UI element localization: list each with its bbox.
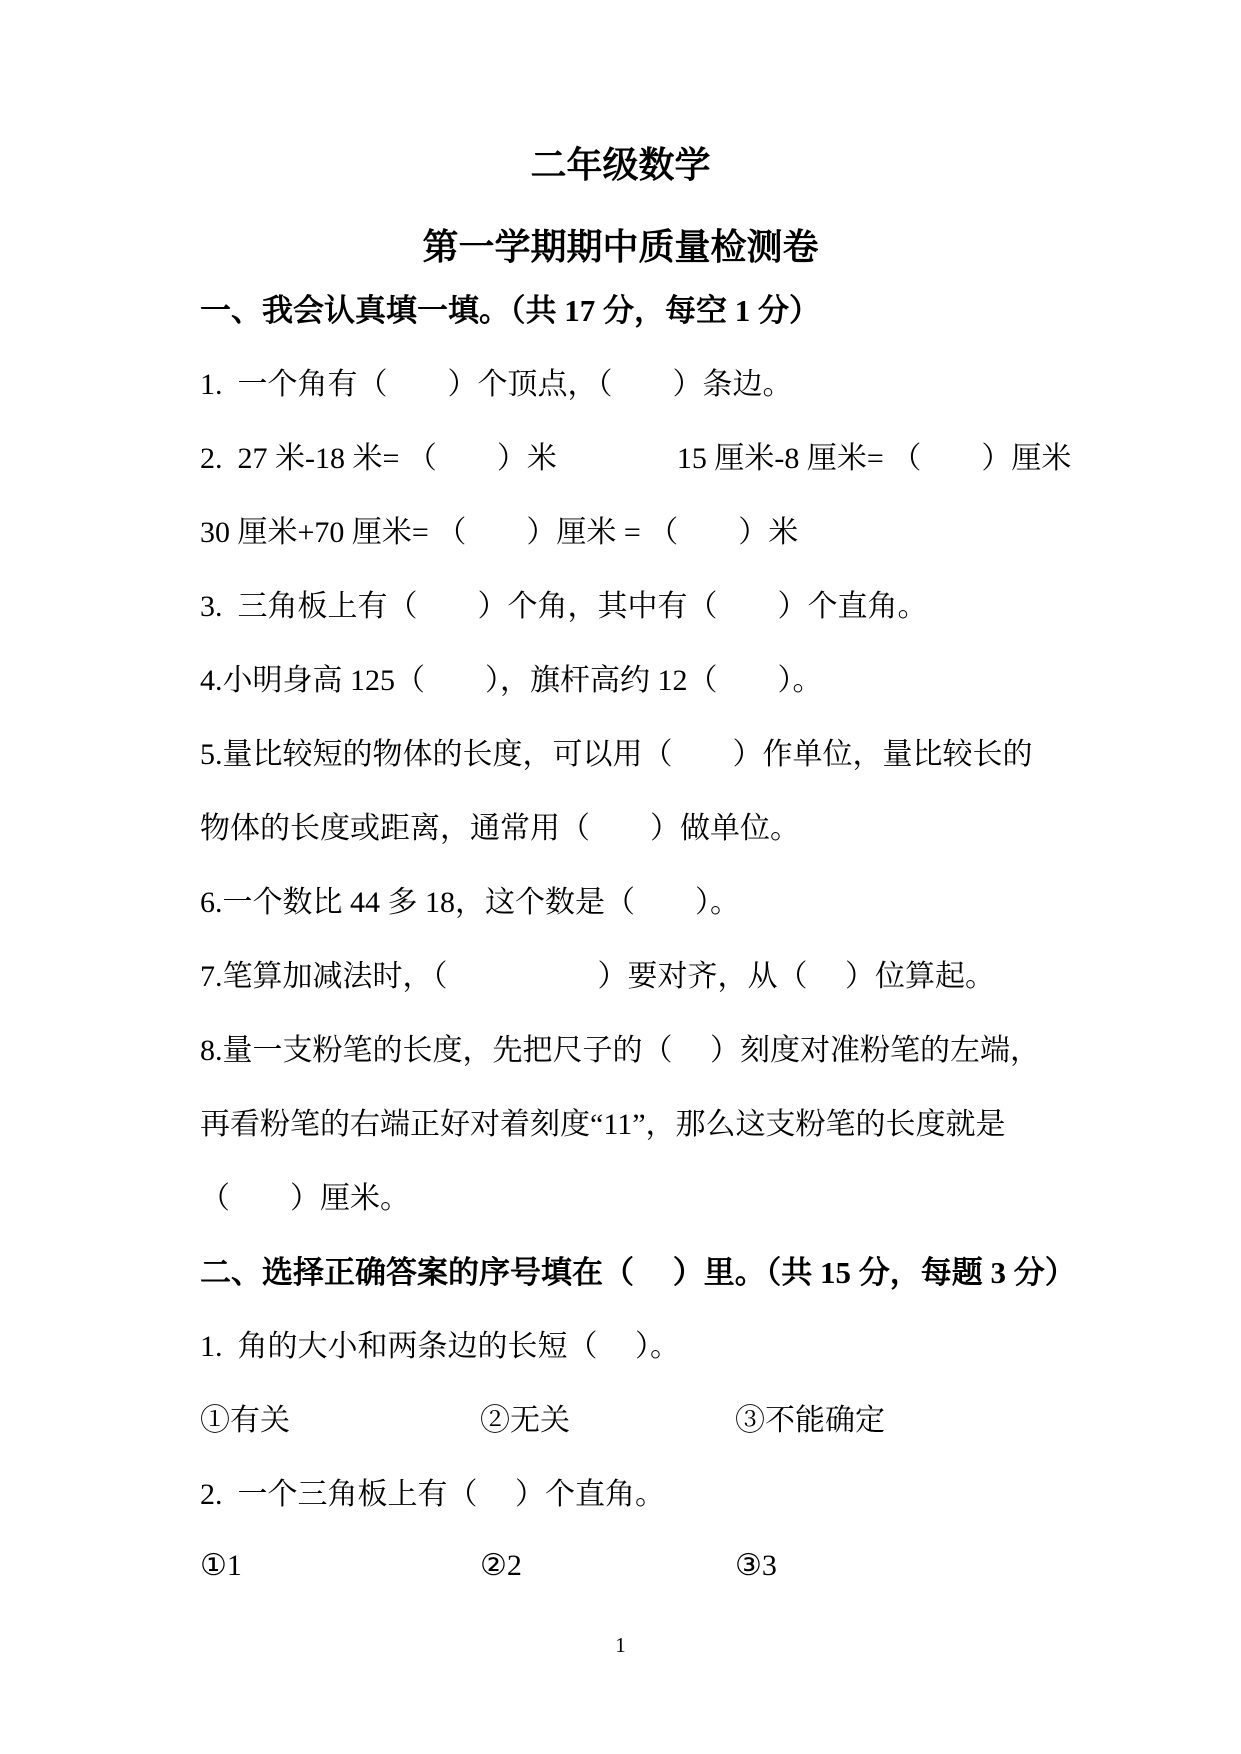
page-subtitle: 第一学期期中质量检测卷 xyxy=(200,229,1041,265)
page-title: 二年级数学 xyxy=(200,147,1041,183)
section1-question-3: 3. 三角板上有（ ）个角，其中有（ ）个直角。 xyxy=(200,566,1041,640)
section2-question-1: 1. 角的大小和两条边的长短（ ）。 xyxy=(200,1306,1041,1380)
section1-question-2-continued: 30 厘米+70 厘米= （ ）厘米 = （ ）米 xyxy=(200,492,1041,566)
section2-question-1-options: ①有关 ②无关 ③不能确定 xyxy=(200,1380,1041,1454)
section-2-heading: 二、选择正确答案的序号填在（ ）里。（共 15 分，每题 3 分） xyxy=(200,1232,1041,1306)
option-2: ②无关 xyxy=(480,1395,735,1439)
section1-question-5-continued: 物体的长度或距离，通常用（ ）做单位。 xyxy=(200,788,1041,862)
section2-question-2-options: ①1 ②2 ③3 xyxy=(200,1528,1041,1602)
section1-question-2: 2. 27 米-18 米= （ ）米 15 厘米-8 厘米= （ ）厘米 xyxy=(200,418,1041,492)
section1-question-5: 5.量比较短的物体的长度，可以用（ ）作单位，量比较长的 xyxy=(200,714,1041,788)
section1-question-8: 8.量一支粉笔的长度，先把尺子的（ ）刻度对准粉笔的左端， xyxy=(200,1010,1041,1084)
document-body: 一、我会认真填一填。（共 17 分，每空 1 分） 1. 一个角有（ ）个顶点，… xyxy=(200,270,1041,1602)
option-3: ③3 xyxy=(735,1548,777,1583)
option-1: ①1 xyxy=(200,1548,480,1583)
section1-question-8-continued: 再看粉笔的右端正好对着刻度“11”，那么这支粉笔的长度就是 xyxy=(200,1084,1041,1158)
section1-question-7: 7.笔算加减法时，（ ）要对齐，从（ ）位算起。 xyxy=(200,936,1041,1010)
section1-question-4: 4.小明身高 125（ ），旗杆高约 12（ ）。 xyxy=(200,640,1041,714)
option-1: ①有关 xyxy=(200,1395,480,1439)
page-content: 二年级数学 第一学期期中质量检测卷 一、我会认真填一填。（共 17 分，每空 1… xyxy=(0,0,1241,1602)
section2-question-2: 2. 一个三角板上有（ ）个直角。 xyxy=(200,1454,1041,1528)
document-page: 二年级数学 第一学期期中质量检测卷 一、我会认真填一填。（共 17 分，每空 1… xyxy=(0,0,1241,1754)
section-1-heading: 一、我会认真填一填。（共 17 分，每空 1 分） xyxy=(200,270,1041,344)
option-3: ③不能确定 xyxy=(735,1395,885,1439)
section1-question-6: 6.一个数比 44 多 18，这个数是（ ）。 xyxy=(200,862,1041,936)
option-2: ②2 xyxy=(480,1548,735,1583)
section1-question-1: 1. 一个角有（ ）个顶点，（ ）条边。 xyxy=(200,344,1041,418)
page-number: 1 xyxy=(0,1635,1241,1656)
section1-question-8-end: （ ）厘米。 xyxy=(200,1158,1041,1232)
